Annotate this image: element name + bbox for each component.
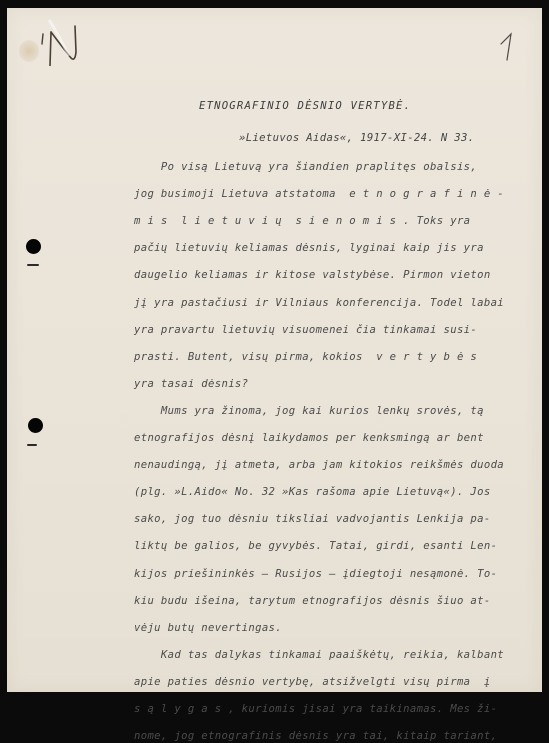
body-line: kijos priešininkės – Rusijos – įdiegtoji… [134, 567, 497, 581]
body-line: (plg. »L.Aido« No. 32 »Kas rašoma apie L… [134, 485, 491, 499]
handwritten-margin-mark-icon [35, 18, 85, 66]
body-line: prasti. Butent, visų pirma, kokios v e r… [134, 350, 477, 364]
source-citation: »Lietuvos Aidas«, 1917-XI-24. N 33. [239, 131, 474, 145]
body-line: sako, jog tuo dėsniu tiksliai vadvojanti… [134, 512, 491, 526]
body-line: liktų be galios, be gyvybės. Tatai, gird… [134, 539, 497, 553]
body-line: Kad tas dalykas tinkamai paaiškėtų, reik… [134, 648, 504, 662]
margin-tick-upper [27, 264, 39, 266]
body-line: apie paties dėsnio vertybę, atsižvelgti … [134, 675, 491, 689]
body-line: Mums yra žinoma, jog kai kurios lenkų sr… [134, 404, 484, 418]
body-line: pačių lietuvių keliamas dėsnis, lyginai … [134, 241, 484, 255]
document-page: ETNOGRAFINIO DĖSNIO VERTYBĖ. »Lietuvos A… [7, 8, 542, 692]
body-line: vėju butų nevertingas. [134, 621, 282, 635]
punch-hole-lower [28, 418, 43, 433]
document-title: ETNOGRAFINIO DĖSNIO VERTYBĖ. [199, 99, 411, 113]
punch-hole-upper [26, 239, 41, 254]
body-line: m i s l i e t u v i ų s i e n o m i s . … [134, 214, 470, 228]
body-line: yra tasai dėsnis? [134, 377, 248, 391]
body-line: nenaudingą, jį atmeta, arba jam kitokios… [134, 458, 504, 472]
body-line: Po visą Lietuvą yra šiandien praplitęs o… [134, 160, 477, 174]
body-line: etnografijos dėsnį laikydamos per kenksm… [134, 431, 484, 445]
body-line: daugelio keliamas ir kitose valstybėse. … [134, 268, 491, 282]
body-line: jog busimoji Lietuva atstatoma e t n o g… [134, 187, 504, 201]
scan-frame: ETNOGRAFINIO DĖSNIO VERTYBĖ. »Lietuvos A… [0, 0, 549, 700]
handwritten-page-number-icon [497, 32, 519, 62]
margin-tick-lower [27, 444, 37, 446]
body-line: jį yra pastačiusi ir Vilniaus konferenci… [134, 296, 504, 310]
body-line: kiu budu išeina, tarytum etnografijos dė… [134, 594, 491, 608]
body-line: yra pravartu lietuvių visuomenei čia tin… [134, 323, 477, 337]
